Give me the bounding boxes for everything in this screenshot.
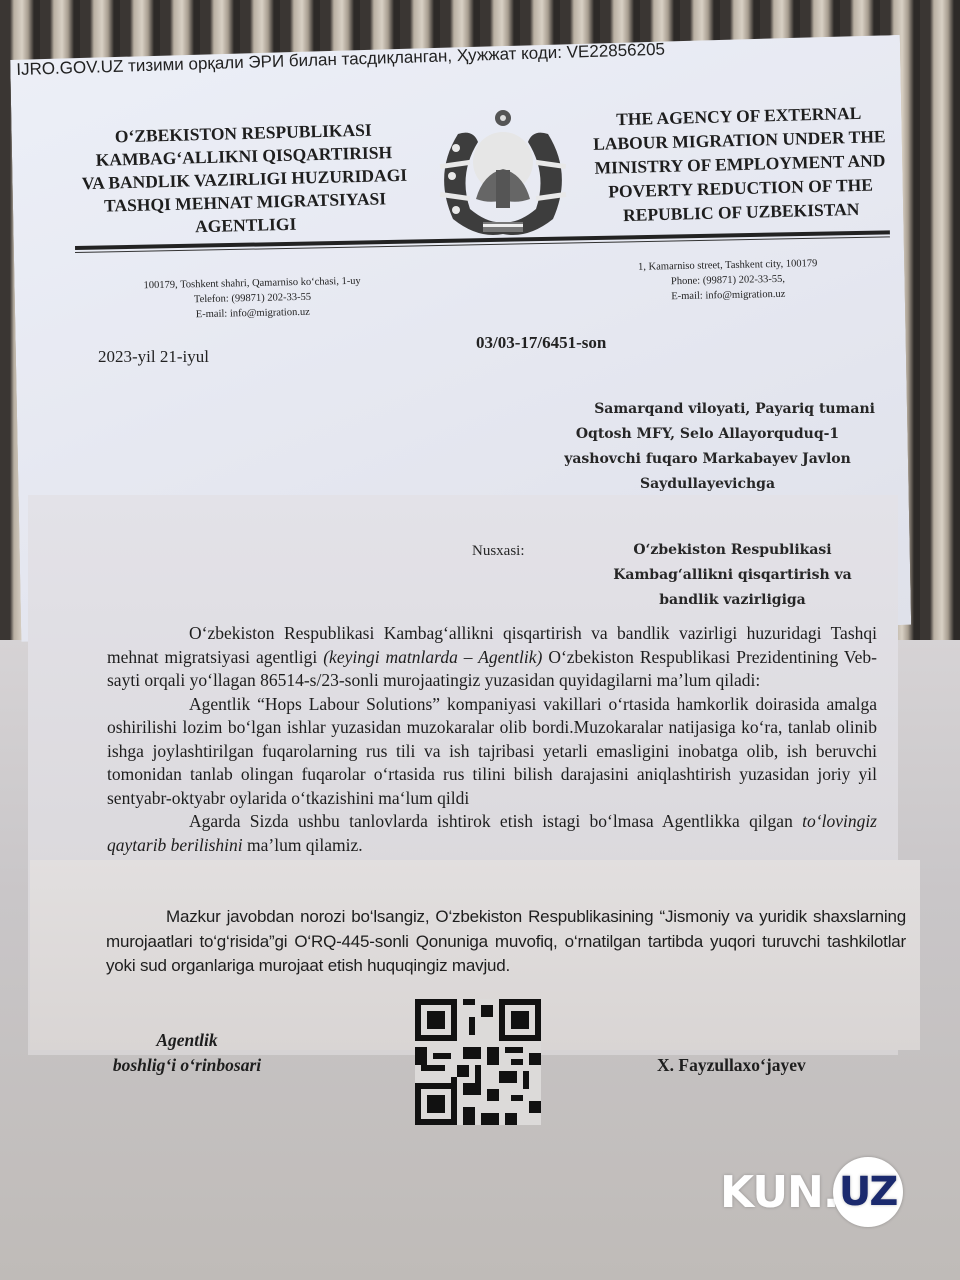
signatory-name: X. Fayzullaxo‘jayev [657, 1055, 806, 1076]
paragraph-2: Agentlik “Hops Labour Solutions” kompani… [107, 693, 877, 811]
addressee-block: Samarqand viloyati, Payariq tumani Oqtos… [540, 397, 875, 497]
state-emblem-icon [428, 104, 578, 244]
kun-uz-watermark-logo: KUN. UZ [720, 1157, 903, 1227]
header-english: THE AGENCY OF EXTERNAL LABOUR MIGRATION … [583, 100, 896, 228]
copy-label: Nusxasi: [472, 543, 525, 560]
signatory-title: Agentlik boshlig‘i o‘rinbosari [82, 1028, 292, 1078]
paragraph-1: O‘zbekiston Respublikasi Kambag‘allikni … [107, 622, 877, 693]
contacts-english: 1, Kamarniso street, Tashkent city, 1001… [628, 256, 829, 305]
qr-code-icon [415, 998, 541, 1126]
document-date: 2023-yil 21-iyul [98, 347, 209, 367]
contacts-uzbek: 100179, Toshkent shahri, Qamarniso ko‘ch… [120, 273, 386, 324]
uz-badge: UZ [833, 1157, 903, 1227]
copy-recipient: O‘zbekiston Respublikasi Kambag‘allikni … [590, 538, 875, 613]
header-uzbek: O‘ZBEKISTON RESPUBLIKASI KAMBAG‘ALLIKNI … [71, 118, 419, 242]
paragraph-3: Agarda Sizda ushbu tanlovlarda ishtirok … [107, 810, 877, 857]
letter-body: O‘zbekiston Respublikasi Kambag‘allikni … [107, 622, 877, 857]
document-reference-number: 03/03-17/6451-son [476, 333, 606, 353]
appeal-rights-paragraph: Mazkur javobdan norozi bo‘lsangiz, O‘zbe… [106, 905, 906, 979]
